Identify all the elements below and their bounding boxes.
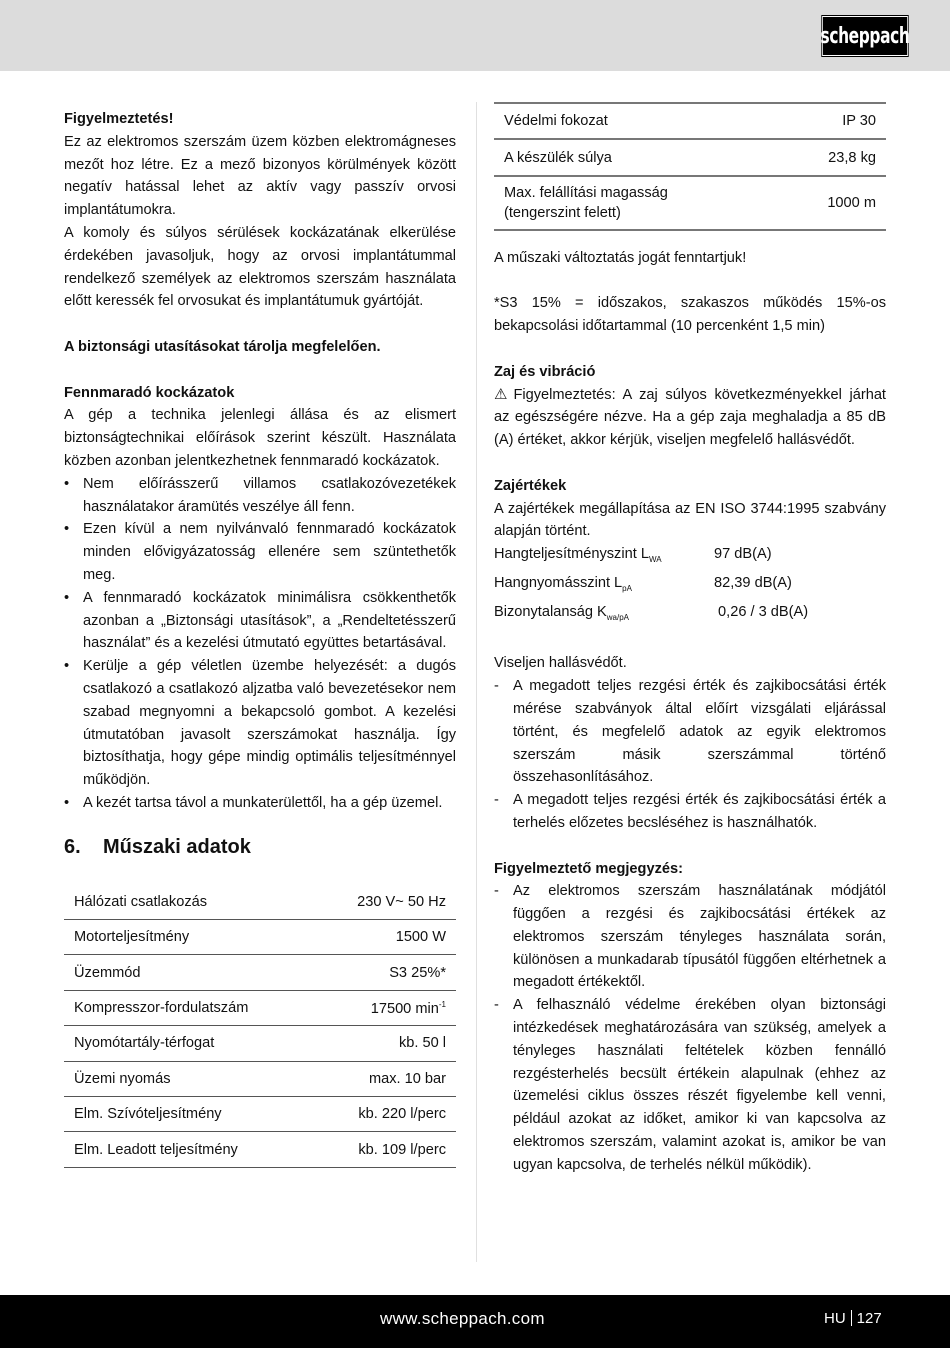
- table-row: Üzemi nyomásmax. 10 bar: [64, 1061, 456, 1096]
- table-row: Védelmi fokozatIP 30: [494, 103, 886, 139]
- table-row: Motorteljesítmény1500 W: [64, 920, 456, 955]
- dash-icon: -: [494, 789, 499, 812]
- page-footer: www.scheppach.com HU127: [0, 1295, 950, 1348]
- language-code: HU: [824, 1310, 846, 1327]
- list-item: -Az elektromos szerszám használatának mó…: [494, 880, 886, 994]
- header-band: scheppach: [0, 0, 950, 71]
- list-item: -A megadott teljes rezgési érték és zajk…: [494, 675, 886, 789]
- warning-title: Figyelmeztetés!: [64, 108, 456, 131]
- noise-values-intro: A zajértékek megállapítása az EN ISO 374…: [494, 498, 886, 544]
- list-item: •Nem előírásszerű villamos csatlakozóvez…: [64, 473, 456, 519]
- technical-data-table: Hálózati csatlakozás230 V~ 50 Hz Motorte…: [64, 885, 456, 1168]
- bullet-icon: •: [64, 518, 69, 541]
- table-row: ÜzemmódS3 25%*: [64, 955, 456, 990]
- left-column: Figyelmeztetés! Ez az elektromos szerszá…: [64, 108, 456, 1168]
- residual-risks-intro: A gép a technika jelenlegi állása és az …: [64, 404, 456, 472]
- wear-hearing-protection: Viseljen hallásvédőt.: [494, 652, 886, 675]
- column-divider: [476, 102, 477, 1262]
- section-number: 6.: [64, 836, 103, 859]
- bullet-icon: •: [64, 587, 69, 610]
- dash-icon: -: [494, 675, 499, 698]
- table-row: Elm. Szívóteljesítménykb. 220 l/perc: [64, 1097, 456, 1132]
- store-instructions-note: A biztonsági utasításokat tárolja megfel…: [64, 336, 456, 359]
- table-row: Hálózati csatlakozás230 V~ 50 Hz: [64, 885, 456, 920]
- noise-value-row: Hangnyomásszint LpA 82,39 dB(A): [494, 572, 886, 601]
- section-heading: 6. Műszaki adatok: [64, 833, 456, 863]
- warning-note-list: -Az elektromos szerszám használatának mó…: [494, 880, 886, 1176]
- noise-values-title: Zajértékek: [494, 475, 886, 498]
- separator: [851, 1310, 852, 1326]
- s3-footnote: *S3 15% = időszakos, szakaszos működés 1…: [494, 292, 886, 338]
- technical-data-table-continued: Védelmi fokozatIP 30 A készülék súlya23,…: [494, 102, 886, 231]
- table-row: Kompresszor-fordulatszám17500 min-1: [64, 990, 456, 1025]
- warning-paragraph-2: A komoly és súlyos sérülések kockázatána…: [64, 222, 456, 313]
- residual-risks-title: Fennmaradó kockázatok: [64, 382, 456, 405]
- dash-icon: -: [494, 994, 499, 1017]
- residual-risks-list: •Nem előírásszerű villamos csatlakozóvez…: [64, 473, 456, 815]
- list-item: •Kerülje a gép véletlen üzembe helyezésé…: [64, 655, 456, 792]
- table-row: A készülék súlya23,8 kg: [494, 139, 886, 175]
- list-item: -A megadott teljes rezgési érték és zajk…: [494, 789, 886, 835]
- warning-paragraph-1: Ez az elektromos szerszám üzem közben el…: [64, 131, 456, 222]
- info-list: -A megadott teljes rezgési érték és zajk…: [494, 675, 886, 835]
- dash-icon: -: [494, 880, 499, 903]
- list-item: •Ezen kívül a nem nyilvánvaló fennmaradó…: [64, 518, 456, 586]
- table-row: Nyomótartály-térfogatkb. 50 l: [64, 1026, 456, 1061]
- warning-triangle-icon: ⚠: [494, 384, 507, 407]
- bullet-icon: •: [64, 473, 69, 496]
- bullet-icon: •: [64, 655, 69, 678]
- warning-note-title: Figyelmeztető megjegyzés:: [494, 858, 886, 881]
- noise-value-row: Hangteljesítményszint LWA 97 dB(A): [494, 543, 886, 572]
- table-row: Elm. Leadott teljesítménykb. 109 l/perc: [64, 1132, 456, 1167]
- noise-value-row: Bizonytalanság Kwa/pA 0,26 / 3 dB(A): [494, 601, 886, 630]
- website-link[interactable]: www.scheppach.com: [380, 1309, 545, 1329]
- section-title: Műszaki adatok: [103, 836, 251, 859]
- right-column: Védelmi fokozatIP 30 A készülék súlya23,…: [494, 102, 886, 1177]
- list-item: •A kezét tartsa távol a munkaterülettől,…: [64, 792, 456, 815]
- bullet-icon: •: [64, 792, 69, 815]
- technical-change-note: A műszaki változtatás jogát fenntartjuk!: [494, 247, 886, 270]
- table-row: Max. felállítási magasság(tengerszint fe…: [494, 176, 886, 230]
- list-item: -A felhasználó védelme érekében olyan bi…: [494, 994, 886, 1176]
- page-number: 127: [857, 1310, 882, 1327]
- noise-warning: ⚠Figyelmeztetés: A zaj súlyos következmé…: [494, 384, 886, 452]
- noise-vibration-title: Zaj és vibráció: [494, 361, 886, 384]
- page-indicator: HU127: [824, 1310, 882, 1327]
- list-item: •A fennmaradó kockázatok minimálisra csö…: [64, 587, 456, 655]
- scheppach-logo: scheppach: [822, 16, 908, 56]
